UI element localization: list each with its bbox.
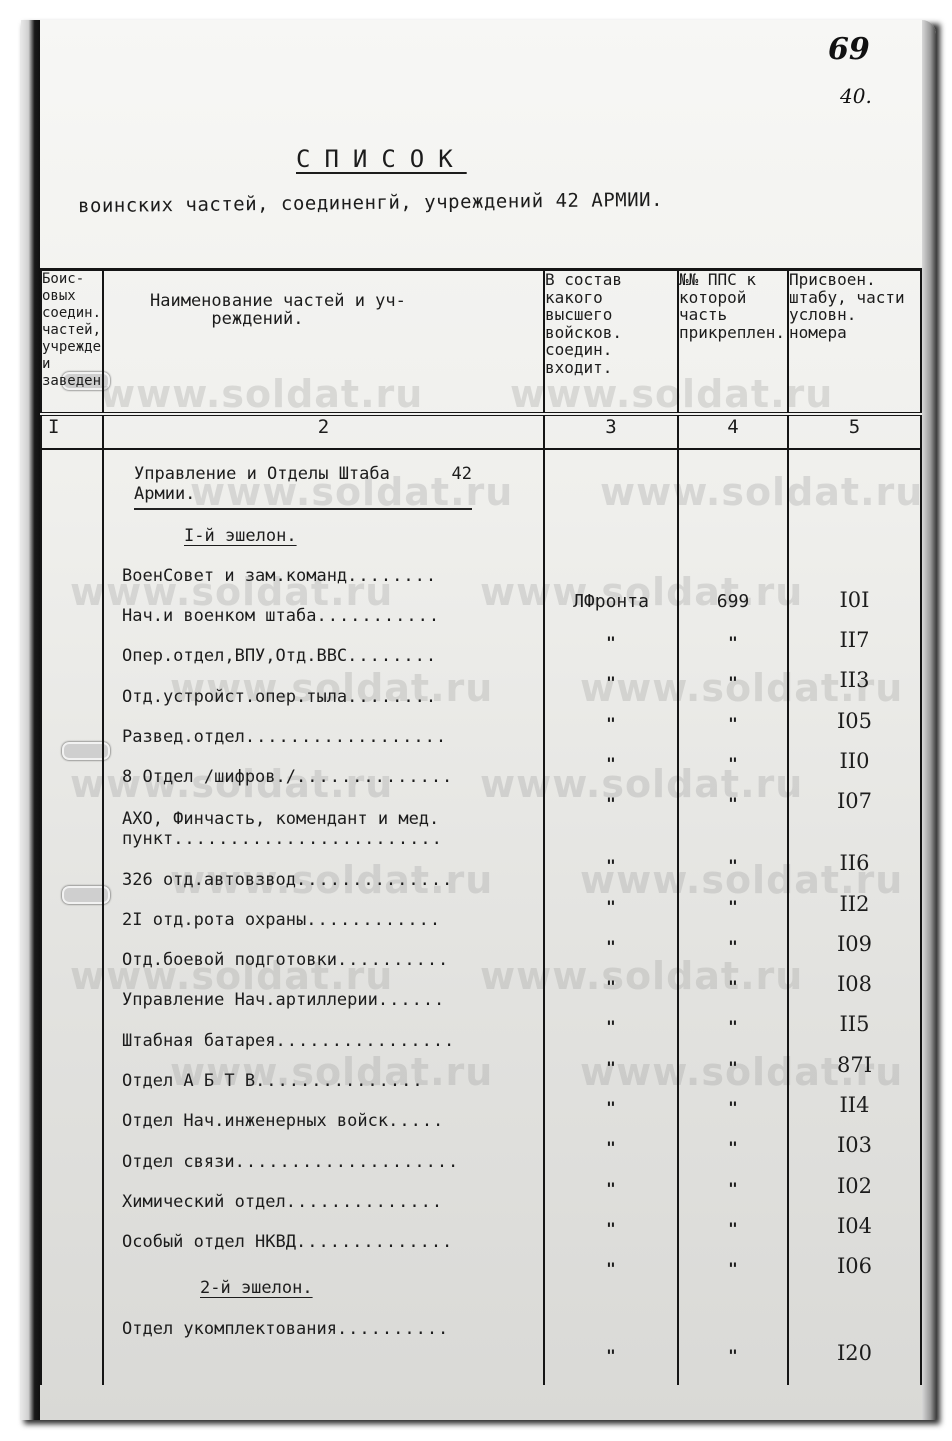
table-row: Отдел связи.................... <box>104 1131 543 1171</box>
pps-number: " <box>679 1238 787 1278</box>
section-title-line1: Управление и Отделы Штаба <box>134 464 390 484</box>
unit-name: Штабная батарея................ <box>104 1031 543 1051</box>
leader-dots: .............. <box>296 870 453 890</box>
table-row: Нач.и военком штаба........... <box>104 586 543 626</box>
conditional-number: II6 <box>789 813 920 875</box>
unit-name: Управление Нач.артиллерии...... <box>104 990 543 1010</box>
parent-formation: " <box>545 813 677 875</box>
unit-name-text: Отд.устройст.опер.тыла <box>122 687 347 707</box>
unit-name: Химический отдел.............. <box>104 1192 543 1212</box>
pps-number: " <box>679 1036 787 1076</box>
table-row: АХО, Финчасть, комендант и мед. пункт...… <box>104 787 543 849</box>
table-body-row: Управление и Отделы Штаба 42 Армии. I-й … <box>41 449 921 1385</box>
table-row: Управление Нач.артиллерии...... <box>104 970 543 1010</box>
conditional-number: II7 <box>789 612 920 652</box>
unit-name: Отд.устройст.опер.тыла........ <box>104 687 543 707</box>
unit-name-list: ВоенСовет и зам.команд........Нач.и воен… <box>104 546 543 1253</box>
leader-dots: ............... <box>255 1071 424 1091</box>
leader-dots: ................ <box>276 1031 456 1051</box>
conditional-number: I08 <box>789 956 920 996</box>
pps-number: " <box>679 813 787 875</box>
unit-name-text: Нач.и военком штаба <box>122 606 316 626</box>
document-page: 69 40. СПИСОК воинских частей, соединенг… <box>40 20 936 1420</box>
folio-number: 69 <box>828 32 870 67</box>
section-heading: Управление и Отделы Штаба 42 Армии. <box>134 450 472 510</box>
parent-formation: ЛФронта <box>545 572 677 612</box>
table-header-row: Боис- овых соедин. частей, учрежде- и за… <box>41 270 921 414</box>
unit-name-text: ВоенСовет и зам.команд <box>122 566 347 586</box>
table-row: Отд.боевой подготовки.......... <box>104 930 543 970</box>
col-3-body: ЛФронта"""""""""""""""" " <box>544 449 678 1385</box>
unit-name: Отдел укомплектования.......... <box>104 1319 543 1339</box>
parent-formation: " <box>545 733 677 773</box>
unit-name-text: Развед.отдел <box>122 727 245 747</box>
column-number: 2 <box>103 414 544 449</box>
leader-dots: ............ <box>306 910 441 930</box>
unit-name-text: Особый отдел НКВД <box>122 1232 296 1252</box>
table-row: 8 Отдел /шифров./.............. <box>104 747 543 787</box>
header-col-1: Боис- овых соедин. частей, учрежде- и за… <box>41 270 103 414</box>
unit-name: Развед.отдел.................. <box>104 727 543 747</box>
table-row: Опер.отдел,ВПУ,Отд.ВВС........ <box>104 626 543 666</box>
parent-formation: " <box>545 1157 677 1197</box>
pps-list: " <box>679 1324 787 1364</box>
unit-name-text: Отдел связи <box>122 1152 235 1172</box>
parent-formation: " <box>545 692 677 732</box>
column-number: 3 <box>544 414 678 449</box>
unit-name-text: 326 отд.автовзвод <box>122 870 296 890</box>
unit-name: Отд.боевой подготовки.......... <box>104 950 543 970</box>
pps-number: " <box>679 1157 787 1197</box>
leader-dots: .............. <box>296 767 453 787</box>
conditional-number: II2 <box>789 875 920 915</box>
unit-name-text: Опер.отдел,ВПУ,Отд.ВВС <box>122 646 347 666</box>
unit-name-list: Отдел укомплектования.......... <box>104 1298 543 1338</box>
parent-formation: " <box>545 773 677 813</box>
col-5-body: I0III7II3I05II0I07II6II2I09I08II587III4I… <box>788 449 921 1385</box>
column-number: 4 <box>678 414 788 449</box>
conditional-number: II0 <box>789 733 920 773</box>
pps-list: 699"""""""""""""""" <box>679 572 787 1279</box>
pps-number: " <box>679 1198 787 1238</box>
unit-name: Особый отдел НКВД.............. <box>104 1232 543 1252</box>
table-row: Особый отдел НКВД.............. <box>104 1212 543 1252</box>
unit-name-text: 8 Отдел /шифров./ <box>122 767 296 787</box>
header-col-2-label: Наименование частей и уч- реждений. <box>150 291 406 329</box>
pps-number: " <box>679 1324 787 1364</box>
echelon-heading: 2-й эшелон. <box>104 1252 543 1298</box>
conditional-number: II4 <box>789 1077 920 1117</box>
code-list: I20 <box>789 1324 920 1364</box>
pps-number: " <box>679 773 787 813</box>
leader-dots: ..... <box>388 1111 444 1131</box>
parent-formation: " <box>545 652 677 692</box>
leader-dots: .......... <box>337 1319 449 1339</box>
conditional-number: I02 <box>789 1157 920 1197</box>
conditional-number: 87I <box>789 1036 920 1076</box>
unit-name: Нач.и военком штаба........... <box>104 606 543 626</box>
pps-number: " <box>679 692 787 732</box>
conditional-number: II3 <box>789 652 920 692</box>
unit-name: 8 Отдел /шифров./.............. <box>104 767 543 787</box>
unit-name-text: 2I отд.рота охраны <box>122 910 306 930</box>
unit-name: Отдел А Б Т В............... <box>104 1071 543 1091</box>
front-list: " <box>545 1324 677 1364</box>
pps-number: " <box>679 1117 787 1157</box>
pps-number: 699 <box>679 572 787 612</box>
column-number: I <box>41 414 103 449</box>
conditional-number: I0I <box>789 572 920 612</box>
header-col-4: №№ ППС к которой часть прикреплен. <box>678 270 788 414</box>
leader-dots: ........... <box>316 606 440 626</box>
front-list: ЛФронта"""""""""""""""" <box>545 572 677 1279</box>
leader-dots: ........ <box>347 566 437 586</box>
column-number-row: I 2 3 4 5 <box>41 414 921 449</box>
table-row: Отдел А Б Т В............... <box>104 1051 543 1091</box>
pps-number: " <box>679 1077 787 1117</box>
header-col-2: Наименование частей и уч- реждений. <box>103 270 544 414</box>
table-row: Химический отдел.............. <box>104 1172 543 1212</box>
unit-name-text: Штабная батарея <box>122 1031 276 1051</box>
parent-formation: " <box>545 1077 677 1117</box>
page-edge <box>922 20 936 1420</box>
unit-name: Отдел связи.................... <box>104 1152 543 1172</box>
pps-number: " <box>679 996 787 1036</box>
conditional-number: I20 <box>789 1324 920 1364</box>
unit-name-text: Химический отдел <box>122 1192 286 1212</box>
table-row: ВоенСовет и зам.команд........ <box>104 546 543 586</box>
table-row: Отдел Нач.инженерных войск..... <box>104 1091 543 1131</box>
parent-formation: " <box>545 1198 677 1238</box>
parent-formation: " <box>545 875 677 915</box>
pps-number: " <box>679 916 787 956</box>
unit-name-text: Отд.боевой подготовки <box>122 950 337 970</box>
leader-dots: ........ <box>347 646 437 666</box>
unit-name-text: Отдел укомплектования <box>122 1319 337 1339</box>
table-row: Отдел укомплектования.......... <box>104 1298 543 1338</box>
parent-formation: " <box>545 916 677 956</box>
unit-name-text: Отдел Нач.инженерных войск <box>122 1111 388 1131</box>
conditional-number: I09 <box>789 916 920 956</box>
leader-dots: .................. <box>245 727 447 747</box>
conditional-number: I07 <box>789 773 920 813</box>
pps-number: " <box>679 612 787 652</box>
col-2-body: Управление и Отделы Штаба 42 Армии. I-й … <box>103 449 544 1385</box>
echelon-heading: I-й эшелон. <box>104 510 543 546</box>
conditional-number: I03 <box>789 1117 920 1157</box>
leader-dots: ...... <box>378 990 445 1010</box>
parent-formation: " <box>545 1117 677 1157</box>
table-row: 326 отд.автовзвод.............. <box>104 849 543 889</box>
conditional-number: I05 <box>789 692 920 732</box>
leader-dots: ........ <box>347 687 437 707</box>
conditional-number: I06 <box>789 1238 920 1278</box>
leader-dots: .................... <box>235 1152 460 1172</box>
leader-dots: .......... <box>337 950 449 970</box>
document-title: СПИСОК <box>296 145 467 173</box>
leader-dots: .............. <box>296 1232 453 1252</box>
unit-name-text: Отдел А Б Т В <box>122 1071 255 1091</box>
unit-name-text: Управление Нач.артиллерии <box>122 990 378 1010</box>
document-subtitle: воинских частей, соединенгй, учреждений … <box>78 189 663 217</box>
leader-dots: ........................ <box>173 829 443 849</box>
parent-formation: " <box>545 1324 677 1364</box>
pps-number: " <box>679 733 787 773</box>
parent-formation: " <box>545 1036 677 1076</box>
header-col-3: В состав какого высшего войсков. соедин.… <box>544 270 678 414</box>
unit-name: Отдел Нач.инженерных войск..... <box>104 1111 543 1131</box>
leader-dots: .............. <box>286 1192 443 1212</box>
pps-number: " <box>679 956 787 996</box>
parent-formation: " <box>545 1238 677 1278</box>
col-1-body <box>41 449 103 1385</box>
conditional-number: II5 <box>789 996 920 1036</box>
code-list: I0III7II3I05II0I07II6II2I09I08II587III4I… <box>789 572 920 1279</box>
unit-name: Опер.отдел,ВПУ,Отд.ВВС........ <box>104 646 543 666</box>
unit-name: ВоенСовет и зам.команд........ <box>104 566 543 586</box>
unit-name: АХО, Финчасть, комендант и мед. пункт...… <box>104 809 543 849</box>
unit-name: 2I отд.рота охраны............ <box>104 910 543 930</box>
pps-number: " <box>679 652 787 692</box>
units-table: Боис- овых соедин. частей, учрежде- и за… <box>40 268 922 1385</box>
table-row: Развед.отдел.................. <box>104 707 543 747</box>
column-number: 5 <box>788 414 921 449</box>
parent-formation: " <box>545 956 677 996</box>
table-row: Отд.устройст.опер.тыла........ <box>104 666 543 706</box>
parent-formation: " <box>545 612 677 652</box>
pps-number: " <box>679 875 787 915</box>
table-row: Штабная батарея................ <box>104 1010 543 1050</box>
conditional-number: I04 <box>789 1198 920 1238</box>
table-row: 2I отд.рота охраны............ <box>104 890 543 930</box>
unit-name: 326 отд.автовзвод.............. <box>104 870 543 890</box>
folio-number-secondary: 40. <box>840 84 872 108</box>
col-4-body: 699"""""""""""""""" " <box>678 449 788 1385</box>
header-col-5: Присвоен. штабу, части условн. номера <box>788 270 921 414</box>
parent-formation: " <box>545 996 677 1036</box>
